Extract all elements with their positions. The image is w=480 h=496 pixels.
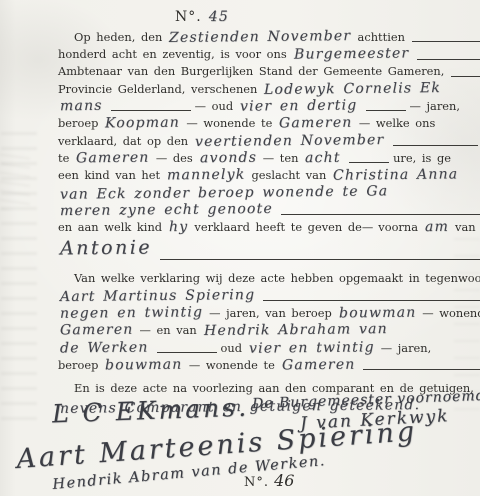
printed-text: honderd acht en zeventig, is voor ons — [58, 47, 287, 61]
line-witness1-name: Aart Martinus Spiering — [0, 288, 480, 305]
line-witness1-details: negen en twintig — jaren, van beroep bou… — [0, 305, 480, 322]
line-witness-intro: Van welke verklaring wij deze acte hebbe… — [0, 271, 480, 288]
printed-text: — ten — [263, 151, 299, 165]
ruled-line — [451, 75, 480, 77]
handwritten-name-continued: mans — [60, 98, 103, 114]
handwritten-witness1-age: negen en twintig — [60, 304, 203, 321]
handwritten-witness1-name: Aart Martinus Spiering — [60, 287, 255, 305]
handwritten-occupation: Koopman — [105, 115, 180, 132]
handwritten-witness2-name: Hendrik Abraham van — [204, 321, 388, 339]
printed-text: — wonende te — [189, 358, 275, 372]
next-act-number-value: 46 — [274, 471, 294, 490]
printed-text: — des — [156, 151, 193, 165]
printed-text: Ambtenaar van den Burgerlijken Stand der… — [58, 64, 444, 78]
ruled-line — [281, 213, 480, 215]
handwritten-birth-date: veertienden November — [195, 132, 385, 150]
handwritten-witness2-name-continued: de Werken — [60, 339, 149, 356]
printed-text: oud — [221, 341, 243, 355]
line-mother-details: van Eck zonder beroep wonende te Ga — [0, 185, 480, 202]
printed-text: ure, is ge — [393, 151, 451, 165]
handwritten-official-title: Burgemeester — [294, 46, 409, 63]
line-municipality: Ambtenaar van den Burgerlijken Stand der… — [0, 64, 480, 81]
act-number-header: N°. 45 — [0, 6, 480, 25]
printed-text: verklaard, dat op den — [58, 134, 188, 148]
handwritten-mother-name: Christina Anna — [333, 167, 458, 184]
handwritten-pronoun: hy — [169, 219, 188, 235]
printed-text: te — [58, 151, 69, 165]
handwritten-witness2-residence: Gameren — [282, 357, 356, 374]
next-act-number-label: N°. — [244, 475, 269, 490]
printed-text: — oud — [195, 99, 234, 113]
printed-text: — wonende — [422, 306, 480, 320]
line-birth-date: verklaard, dat op den veertienden Novemb… — [0, 133, 480, 150]
printed-text: en aan welk kind — [58, 220, 162, 234]
line-mother-spouse: meren zyne echt genoote — [0, 202, 480, 219]
handwritten-witness2-occupation: bouwman — [105, 357, 183, 374]
printed-text: — wonende te — [186, 116, 272, 130]
printed-text: — jaren, — [410, 99, 460, 113]
printed-text: van — — [455, 220, 480, 234]
printed-text: voorna — [378, 220, 418, 234]
ruled-line — [417, 58, 480, 60]
line-child-gender-mother: een kind van het mannelyk geslacht van C… — [0, 167, 480, 184]
handwritten-mother-details: van Eck zonder beroep wonende te Ga — [60, 183, 388, 202]
ruled-line — [393, 144, 479, 146]
printed-text: verklaard heeft te geven de— — [194, 220, 373, 234]
handwritten-age: vier en dertig — [240, 98, 358, 115]
handwritten-suffix: am — [425, 219, 449, 235]
handwritten-residence: Gameren — [279, 115, 353, 132]
handwritten-witness2-age: vier en twintig — [249, 339, 375, 356]
act-number-value: 45 — [209, 9, 229, 25]
ruled-line — [157, 351, 217, 353]
printed-text: — welke ons — [359, 116, 435, 130]
printed-text: een kind van het — [58, 168, 160, 182]
printed-text: — jaren, — [381, 341, 431, 355]
line-declarant-occupation: beroep Koopman — wonende te Gameren — we… — [0, 115, 480, 132]
line-witness2-name: Gameren — en van Hendrik Abraham van — [0, 322, 480, 339]
line-child-name: Antonie — [0, 237, 480, 264]
printed-text: Op heden, den — [74, 30, 162, 44]
printed-text: — jaren, van beroep — [209, 306, 332, 320]
line-declarant-age: mans — oud vier en dertig — jaren, — [0, 98, 480, 115]
handwritten-child-name: Antonie — [60, 236, 152, 259]
act-body: N°. 45 Op heden, den Zestienden November… — [0, 0, 480, 416]
printed-text: Provincie Gelderland, verschenen — [58, 82, 257, 96]
line-declarant-name: Provincie Gelderland, verschenen Lodewyk… — [0, 81, 480, 98]
handwritten-declarant-name: Lodewyk Cornelis Ek — [264, 80, 441, 98]
handwritten-hour: acht — [305, 150, 341, 166]
handwritten-date: Zestienden November — [169, 28, 351, 46]
line-official: honderd acht en zeventig, is voor ons Bu… — [0, 46, 480, 63]
printed-text: — en van — [140, 323, 197, 337]
printed-text: geslacht van — [252, 168, 327, 182]
handwritten-gender: mannelyk — [167, 167, 246, 184]
next-act-number: N°. 46 — [244, 471, 294, 490]
line-birth-time: te Gameren — des avonds — ten acht ure, … — [0, 150, 480, 167]
ruled-line — [363, 368, 480, 370]
act-number-label: N°. — [175, 9, 202, 25]
ruled-line — [160, 258, 480, 260]
handwritten-birth-place: Gameren — [76, 150, 150, 167]
line-witness2-age: de Werken oud vier en twintig — jaren, — [0, 340, 480, 357]
ruled-line — [263, 299, 480, 301]
handwritten-time-of-day: avonds — [200, 150, 257, 167]
handwritten-spouse-note: meren zyne echt genoote — [60, 201, 273, 219]
ruled-line — [349, 161, 389, 163]
handwritten-witness1-occupation: bouwman — [339, 305, 417, 322]
signature-comparant: L C EKmans. — [52, 393, 250, 429]
printed-text: achttien — [358, 30, 405, 44]
line-naming-clause: en aan welk kind hy verklaard heeft te g… — [0, 219, 480, 236]
line-witness2-occupation: beroep bouwman — wonende te Gameren — [0, 357, 480, 374]
handwritten-witness1-residence: Gameren — [60, 322, 134, 339]
ruled-line — [412, 40, 480, 42]
printed-text: beroep — [58, 116, 98, 130]
printed-text: Van welke verklaring wij deze acte hebbe… — [74, 271, 480, 285]
ruled-line — [111, 109, 191, 111]
line-date: Op heden, den Zestienden November achtti… — [0, 29, 480, 46]
scanned-birth-act-page: N°. 45 Op heden, den Zestienden November… — [0, 0, 480, 496]
ruled-line — [366, 109, 406, 111]
printed-text: beroep — [58, 358, 98, 372]
